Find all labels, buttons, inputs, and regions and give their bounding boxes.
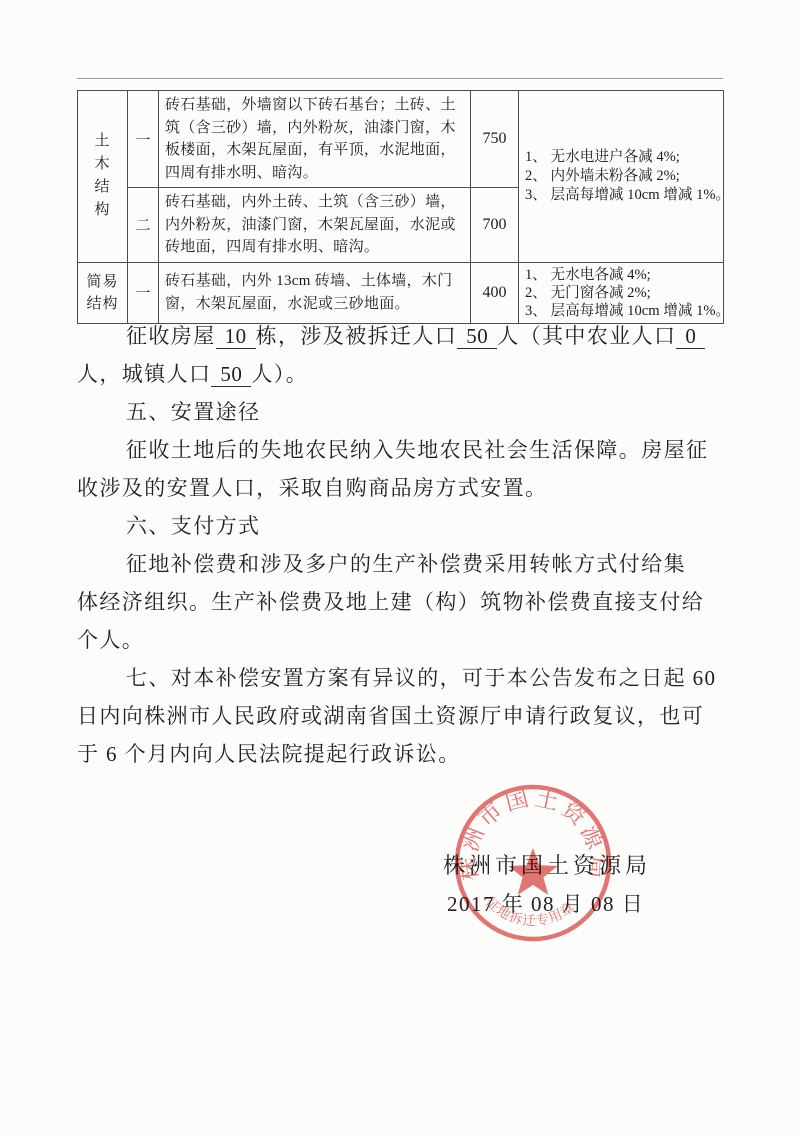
paragraph-section5-line1: 征收土地后的失地农民纳入失地农民社会生活保障。房屋征 (77, 431, 729, 469)
value-cell: 700 (471, 188, 519, 263)
underlined-number: 0 (676, 324, 705, 349)
scanned-document-page: 土 木 结 构 一 砖石基础，外墙窗以下砖石基台；土砖、土筑（含三砂）墙，内外粉… (0, 0, 800, 1136)
paragraph-section7-line3: 于 6 个月内向人民法院提起行政诉讼。 (77, 735, 729, 773)
category-label: 简易 结构 (84, 271, 121, 315)
text-segment: 人，城镇人口 (77, 362, 211, 386)
text-segment: 人）。 (251, 362, 308, 386)
note-line: 2、 内外墙未粉各减 2%; (525, 167, 717, 186)
seal-arc-bottom-label: 征地拆迁专用章 (483, 894, 577, 928)
document-body: 征收房屋10栋，涉及被拆迁人口50人（其中农业人口0 人，城镇人口50人）。 五… (77, 317, 729, 773)
category-cell-jianyi: 简易 结构 (78, 262, 128, 323)
paragraph-section6-line3: 个人。 (77, 621, 729, 659)
value-cell: 750 (471, 91, 519, 188)
text-segment: 栋，涉及被拆迁人口 (256, 324, 458, 348)
underlined-number: 50 (457, 324, 497, 349)
notes-cell-tumu: 1、 无水电进户各减 4%; 2、 内外墙未粉各减 2%; 3、 层高每增减 1… (519, 91, 724, 263)
note-line: 1、 无水电各减 4%; (525, 266, 717, 284)
paragraph-houses-line1: 征收房屋10栋，涉及被拆迁人口50人（其中农业人口0 (77, 317, 729, 355)
table-row: 土 木 结 构 一 砖石基础，外墙窗以下砖石基台；土砖、土筑（含三砂）墙，内外粉… (78, 91, 724, 188)
text-segment: 征收房屋 (126, 324, 216, 348)
category-label: 土 木 结 构 (84, 130, 121, 222)
paragraph-section7-line1: 七、对本补偿安置方案有异议的，可于本公告发布之日起 60 (77, 659, 729, 697)
paragraph-section6-line1: 征地补偿费和涉及多户的生产补偿费采用转帐方式付给集 (77, 545, 729, 583)
note-line: 3、 层高每增减 10cm 增减 1%。 (525, 186, 717, 205)
description-cell: 砖石基础，外墙窗以下砖石基台；土砖、土筑（含三砂）墙，内外粉灰，油漆门窗，木板楼… (159, 91, 471, 188)
value-cell: 400 (471, 262, 519, 323)
grade-cell: 一 (128, 262, 159, 323)
note-line: 1、 无水电进户各减 4%; (525, 148, 717, 167)
grade-cell: 二 (128, 188, 159, 263)
compensation-standard-table: 土 木 结 构 一 砖石基础，外墙窗以下砖石基台；土砖、土筑（含三砂）墙，内外粉… (77, 90, 724, 324)
grade-cell: 一 (128, 91, 159, 188)
note-line: 2、 无门窗各减 2%; (525, 284, 717, 302)
star-icon (508, 848, 557, 895)
notes-cell-jianyi: 1、 无水电各减 4%; 2、 无门窗各减 2%; 3、 层高每增减 10cm … (519, 262, 724, 323)
paragraph-section6-line2: 体经济组织。生产补偿费及地上建（构）筑物补偿费直接支付给 (77, 583, 729, 621)
description-cell: 砖石基础，内外 13cm 砖墙、土体墙，木门窗，木架瓦屋面，水泥或三砂地面。 (159, 262, 471, 323)
text-segment: 人（其中农业人口 (497, 324, 676, 348)
underlined-number: 10 (216, 324, 256, 349)
seal-arc-bottom-text: 征地拆迁专用章 (483, 894, 577, 928)
heading-section5: 五、安置途径 (77, 393, 729, 431)
table-row: 简易 结构 一 砖石基础，内外 13cm 砖墙、土体墙，木门窗，木架瓦屋面，水泥… (78, 262, 724, 323)
table-continuation-rule (77, 78, 723, 79)
category-cell-tumu: 土 木 结 构 (78, 91, 128, 263)
paragraph-section5-line2: 收涉及的安置人口，采取自购商品房方式安置。 (77, 469, 729, 507)
paragraph-section7-line2: 日内向株洲市人民政府或湖南省国土资源厅申请行政复议，也可 (77, 697, 729, 735)
official-seal: 株洲市国土资源局 征地拆迁专用章 (441, 771, 625, 955)
underlined-number: 50 (211, 362, 251, 387)
paragraph-houses-line2: 人，城镇人口50人）。 (77, 355, 729, 393)
description-cell: 砖石基础，内外土砖、土筑（含三砂）墙，内外粉灰，油漆门窗，木架瓦屋面，水泥或砖地… (159, 188, 471, 263)
heading-section6: 六、支付方式 (77, 507, 729, 545)
